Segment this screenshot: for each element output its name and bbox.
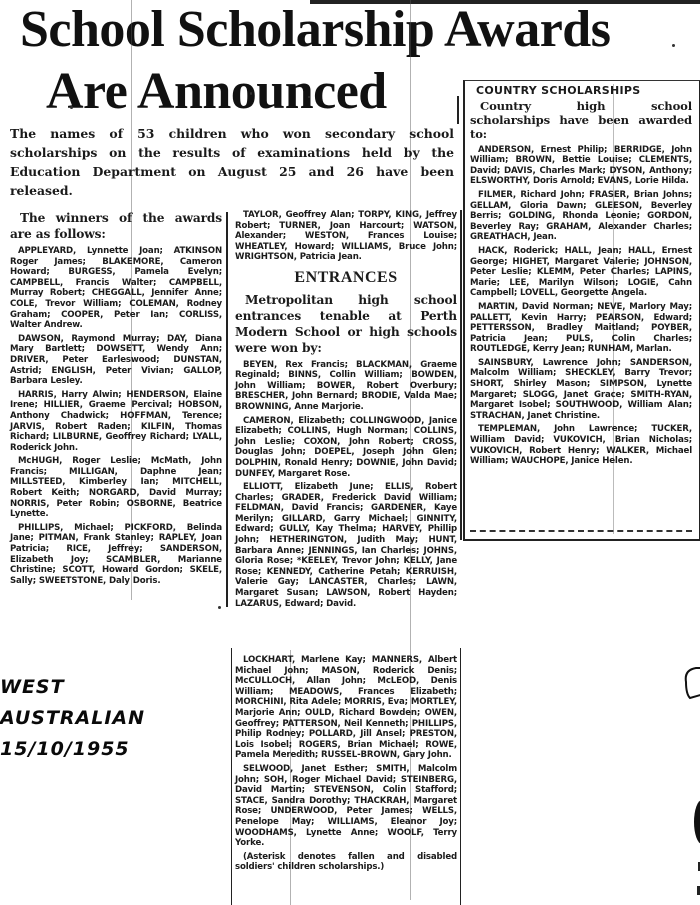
note-publication-line-2: AUSTRALIAN [0,703,220,734]
box-bottom-rule [470,530,692,534]
handwritten-note: WEST AUSTRALIAN 15/10/1955 [0,672,220,765]
country-column: COUNTRY SCHOLARSHIPS Country high school… [470,84,692,470]
clip-edge [460,648,461,905]
country-lead: Country high school scholarships have be… [470,99,692,141]
column-rule [226,212,228,607]
entrances-heading: ENTRANCES [235,273,457,284]
winners-column: The winners of the awards are as follows… [10,210,222,589]
intro-paragraph: The names of 53 children who won seconda… [10,124,454,200]
column-rule [457,96,459,124]
country-heading: COUNTRY SCHOLARSHIPS [476,86,692,97]
entrances-continued-column: LOCKHART, Marlene Kay; MANNERS, Albert M… [235,655,457,876]
ink-speck [218,606,221,609]
entrances-footnote: (Asterisk denotes fallen and disabled so… [235,852,457,873]
entrances-paragraph: ELLIOTT, Elizabeth June; ELLIS, Robert C… [235,482,457,609]
note-date: 15/10/1955 [0,734,220,765]
entrances-paragraph: CAMERON, Elizabeth; COLLINGWOOD, Janice … [235,416,457,480]
headline-line-1: School Scholarship Awards [20,2,610,58]
winners-paragraph: DAWSON, Raymond Murray; DAY, Diana Mary … [10,334,222,387]
clip-edge [231,648,232,905]
ink-speck [70,106,73,109]
headline-line-2: Are Announced [46,64,387,120]
column-rule [460,210,462,540]
winners-paragraph: HARRIS, Harry Alwin; HENDERSON, Elaine I… [10,390,222,454]
ink-speck [672,44,675,47]
winners-paragraph: PHILLIPS, Michael; PICKFORD, Belinda Jan… [10,523,222,587]
country-paragraph: ANDERSON, Ernest Philip; BERRIDGE, John … [470,145,692,187]
country-paragraph: FILMER, Richard John; FRASER, Brian John… [470,190,692,243]
entrances-paragraph: BEYEN, Rex Francis; BLACKMAN, Graeme Reg… [235,360,457,413]
winners-lead: The winners of the awards are as follows… [10,210,222,242]
entrances-column: TAYLOR, Geoffrey Alan; TORPY, KING, Jeff… [235,210,457,612]
ink-speck [250,92,252,95]
country-paragraph: TEMPLEMAN, John Lawrence; TUCKER, Willia… [470,424,692,466]
note-publication-line-1: WEST [0,672,220,703]
country-paragraph: MARTIN, David Norman; NEVE, Marlory May;… [470,302,692,355]
cropped-illustration-icon [680,664,700,904]
entrances-lead: Metropolitan high school entrances tenab… [235,292,457,356]
entrances-paragraph: LOCKHART, Marlene Kay; MANNERS, Albert M… [235,655,457,761]
ink-speck [308,96,310,98]
entrances-paragraph: SELWOOD, Janet Esther; SMITH, Malcolm Jo… [235,764,457,849]
country-paragraph: SAINSBURY, Lawrence John; SANDERSON, Mal… [470,358,692,422]
winners-continued: TAYLOR, Geoffrey Alan; TORPY, KING, Jeff… [235,210,457,263]
newspaper-clipping: School Scholarship Awards Are Announced … [0,0,700,905]
winners-paragraph: APPLEYARD, Lynnette Joan; ATKINSON Roger… [10,246,222,331]
winners-paragraph: McHUGH, Roger Leslie; McMath, John Franc… [10,456,222,520]
country-paragraph: HACK, Roderick; HALL, Jean; HALL, Ernest… [470,246,692,299]
